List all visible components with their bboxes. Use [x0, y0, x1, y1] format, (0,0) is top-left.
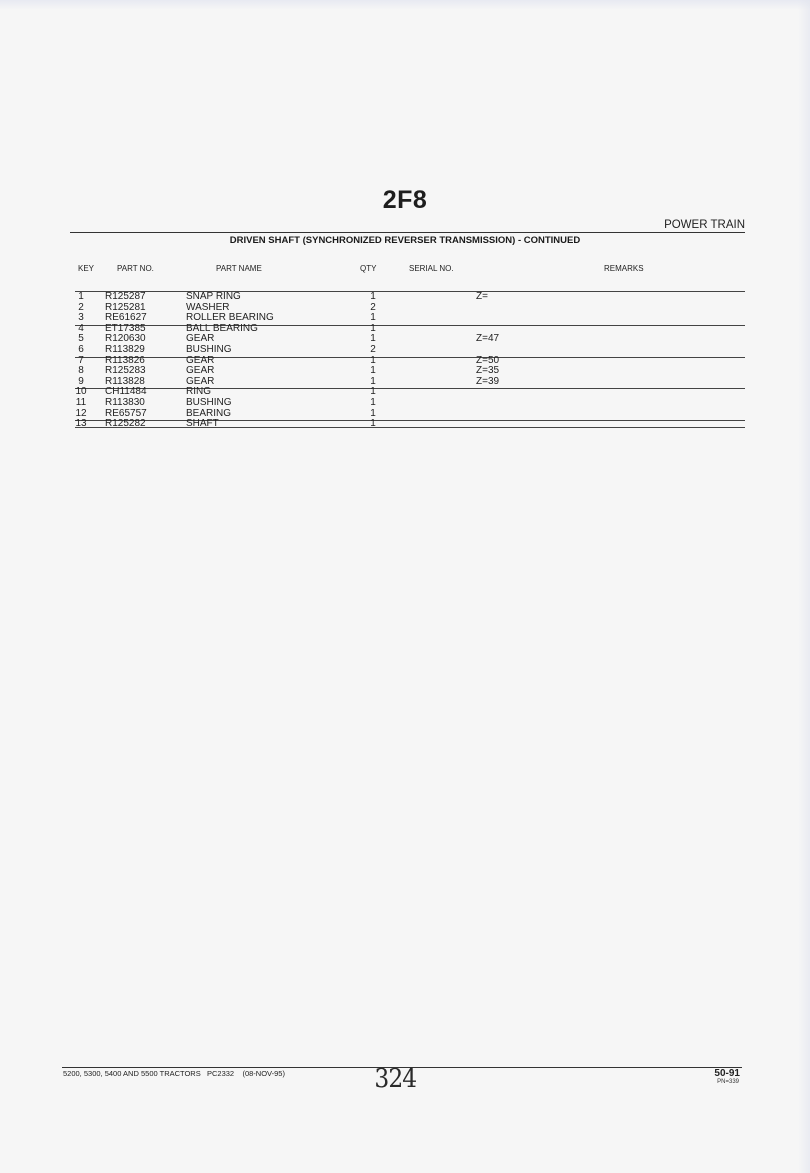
column-header-serial-no: SERIAL NO. [409, 264, 454, 273]
qty-cell: 1 [368, 292, 378, 303]
table-row: 13R125282SHAFT1 [0, 419, 810, 430]
qty-cell: 1 [368, 419, 378, 430]
page-title: 2F8 [0, 186, 810, 215]
scan-edge-right [798, 0, 810, 1173]
footer-pn: PN=339 [717, 1079, 739, 1085]
column-header-part-name: PART NAME [216, 264, 262, 273]
column-header-part-no: PART NO. [117, 264, 154, 273]
group-rule [75, 427, 745, 428]
key-cell: 6 [72, 345, 90, 356]
key-cell: 13 [72, 419, 90, 430]
footer-date: (08-NOV-95) [242, 1069, 285, 1078]
table-row: 1R125287SNAP RING1Z= [0, 292, 810, 303]
footer-catalog-info: 5200, 5300, 5400 AND 5500 TRACTORS PC233… [63, 1069, 285, 1078]
part-number-cell: R125287 [105, 292, 146, 303]
part-number-cell: R125282 [105, 419, 146, 430]
part-name-cell: BUSHING [186, 345, 232, 356]
column-header-remarks: REMARKS [604, 264, 644, 273]
table-row: 6R113829BUSHING2 [0, 345, 810, 356]
assembly-subtitle: DRIVEN SHAFT (SYNCHRONIZED REVERSER TRAN… [0, 235, 810, 246]
footer-page-number: 50-91 [714, 1068, 740, 1079]
table-row: 11R113830BUSHING1 [0, 398, 810, 409]
part-name-cell: BUSHING [186, 398, 232, 409]
part-number-cell: R113830 [105, 398, 145, 409]
serial-no-cell: Z=39 [476, 377, 499, 388]
serial-no-cell: Z= [476, 292, 488, 303]
section-label: POWER TRAIN [664, 219, 745, 231]
part-name-cell: SNAP RING [186, 292, 241, 303]
part-name-cell: SHAFT [186, 419, 219, 430]
scan-edge-top [0, 0, 810, 10]
qty-cell: 1 [368, 398, 378, 409]
serial-no-cell: Z=47 [476, 334, 499, 345]
footer-models: 5200, 5300, 5400 AND 5500 TRACTORS [63, 1069, 201, 1078]
qty-cell: 2 [368, 345, 378, 356]
column-header-key: KEY [78, 264, 94, 273]
key-cell: 1 [72, 292, 90, 303]
footer-catalog: PC2332 [207, 1069, 234, 1078]
column-header-qty: QTY [360, 264, 376, 273]
handwritten-page-note: 324 [374, 1064, 416, 1094]
key-cell: 11 [72, 398, 90, 409]
part-number-cell: R113829 [105, 345, 145, 356]
header-rule [70, 232, 745, 233]
